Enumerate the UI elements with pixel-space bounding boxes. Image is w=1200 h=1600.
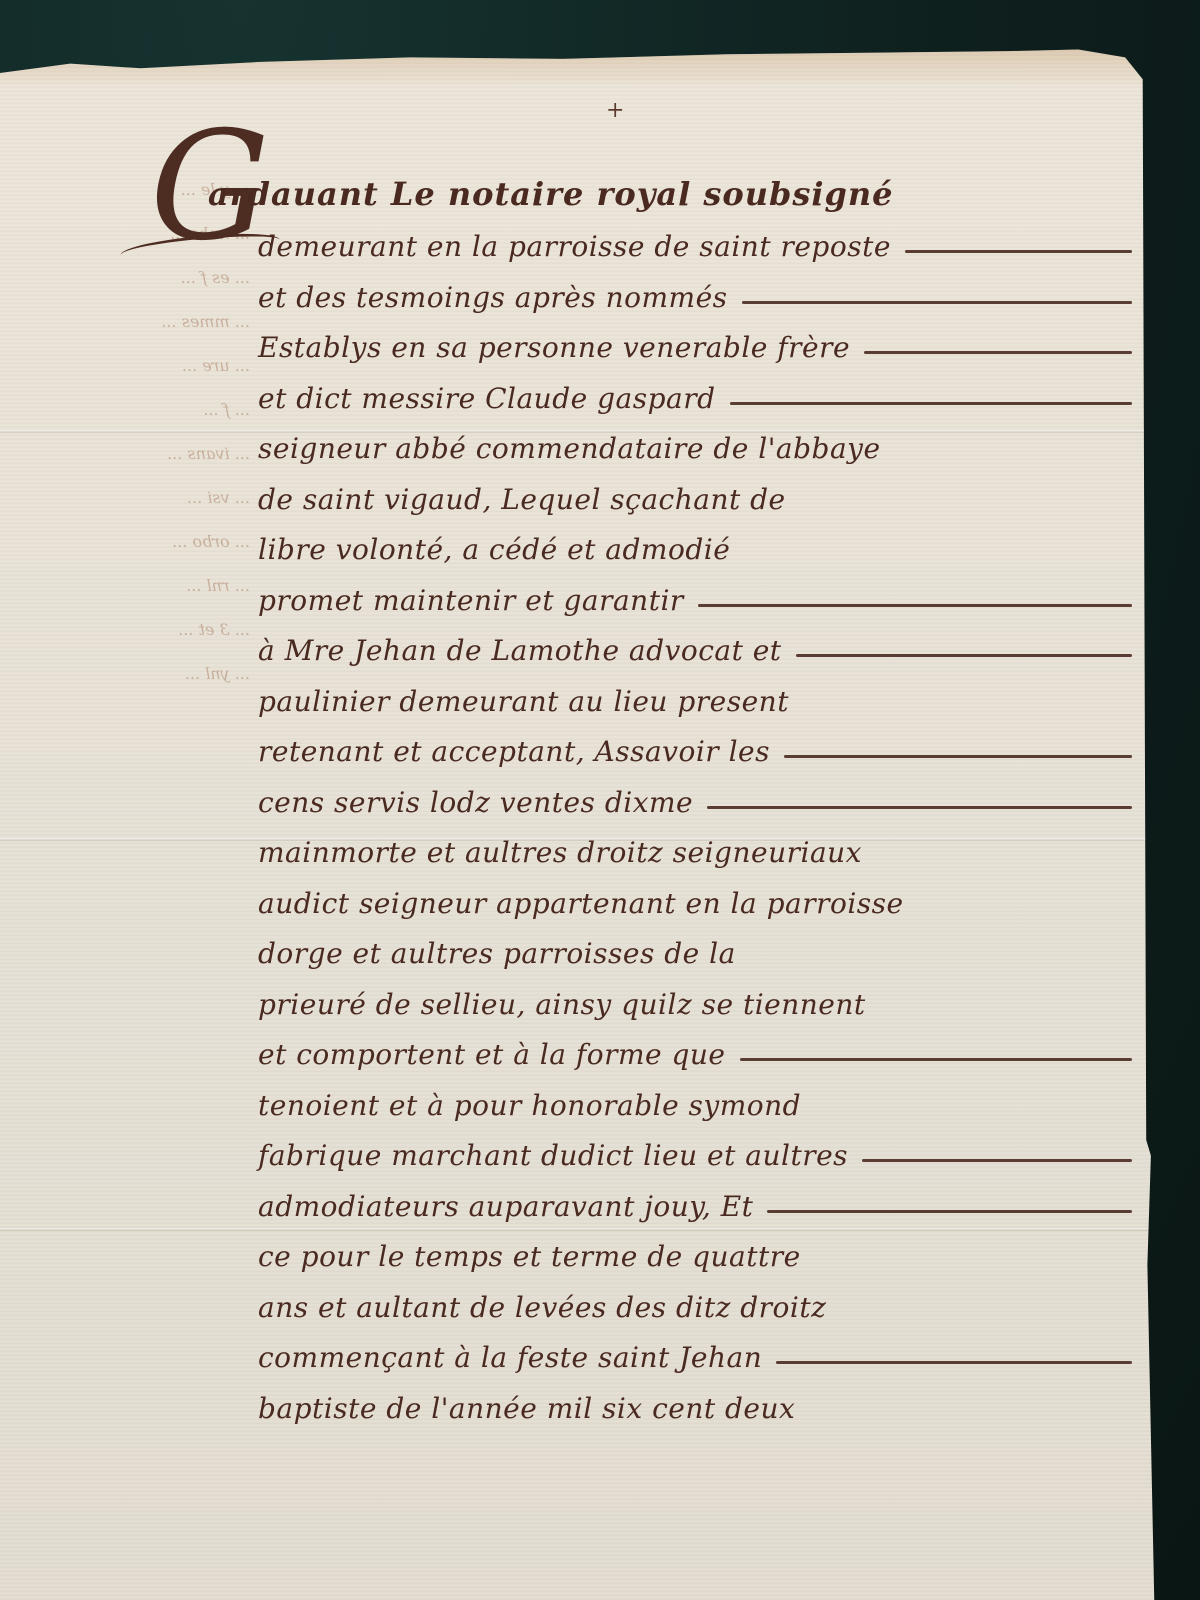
bleed-line: ... 3 et ... (20, 608, 250, 652)
line-filler-stroke (698, 604, 1132, 607)
text-line: demeurant en la parroisse de saint repos… (258, 221, 1138, 272)
line-filler-stroke (864, 351, 1132, 354)
bleed-line: ... mmes ... (20, 300, 250, 344)
text-line: paulinier demeurant au lieu present (258, 675, 1138, 726)
line-filler-stroke (707, 806, 1132, 809)
line-filler-stroke (730, 402, 1132, 405)
text-line: cens servis lodz ventes dixme (258, 776, 1138, 827)
text-line: ardauant Le notaire royal soubsigné (208, 170, 1138, 221)
bleed-line: ... ivans ... (20, 432, 250, 476)
text-line: de saint vigaud, Lequel sçachant de (258, 473, 1138, 524)
text-line: et des tesmoings après nommés (258, 271, 1138, 322)
bleed-line: ... ure ... (20, 344, 250, 388)
text-line: retenant et acceptant, Assavoir les (258, 726, 1138, 777)
line-filler-stroke (740, 1058, 1132, 1061)
text-line: admodiateurs auparavant jouy, Et (258, 1180, 1138, 1231)
text-line: commençant à la feste saint Jehan (258, 1332, 1138, 1383)
text-line: à Mre Jehan de Lamothe advocat et (258, 625, 1138, 676)
line-filler-stroke (767, 1210, 1132, 1213)
text-line: ans et aultant de levées des ditz droitz (258, 1281, 1138, 1332)
text-line: tenoient et à pour honorable symond (258, 1079, 1138, 1130)
bleed-line: ... f ... (20, 388, 250, 432)
text-line: mainmorte et aultres droitz seigneuriaux (258, 827, 1138, 878)
text-line: promet maintenir et garantir (258, 574, 1138, 625)
page-cross-mark: + (606, 98, 624, 123)
text-line: fabrique marchant dudict lieu et aultres (258, 1130, 1138, 1181)
text-line: ce pour le temps et terme de quattre (258, 1231, 1138, 1282)
bleed-line: ... rnl ... (20, 564, 250, 608)
text-line: et comportent et à la forme que (258, 1029, 1138, 1080)
text-line: et dict messire Claude gaspard (258, 372, 1138, 423)
text-line: seigneur abbé commendataire de l'abbaye (258, 423, 1138, 474)
text-line: Establys en sa personne venerable frère (258, 322, 1138, 373)
text-line: prieuré de sellieu, ainsy quilz se tienn… (258, 978, 1138, 1029)
text-line: dorge et aultres parroisses de la (258, 928, 1138, 979)
bleed-line: ... vsi ... (20, 476, 250, 520)
text-line: libre volonté, a cédé et admodié (258, 524, 1138, 575)
text-line: audict seigneur appartenant en la parroi… (258, 877, 1138, 928)
line-filler-stroke (776, 1361, 1132, 1364)
line-filler-stroke (905, 250, 1132, 253)
bleed-line: ... ynl ... (20, 652, 250, 696)
line-filler-stroke (862, 1159, 1132, 1162)
line-filler-stroke (784, 755, 1132, 758)
bleed-line: ... orbo ... (20, 520, 250, 564)
manuscript-text: ardauant Le notaire royal soubsigné deme… (258, 170, 1138, 1433)
line-filler-stroke (796, 654, 1132, 657)
line-filler-stroke (742, 301, 1132, 304)
text-line: baptiste de l'année mil six cent deux (258, 1382, 1138, 1433)
